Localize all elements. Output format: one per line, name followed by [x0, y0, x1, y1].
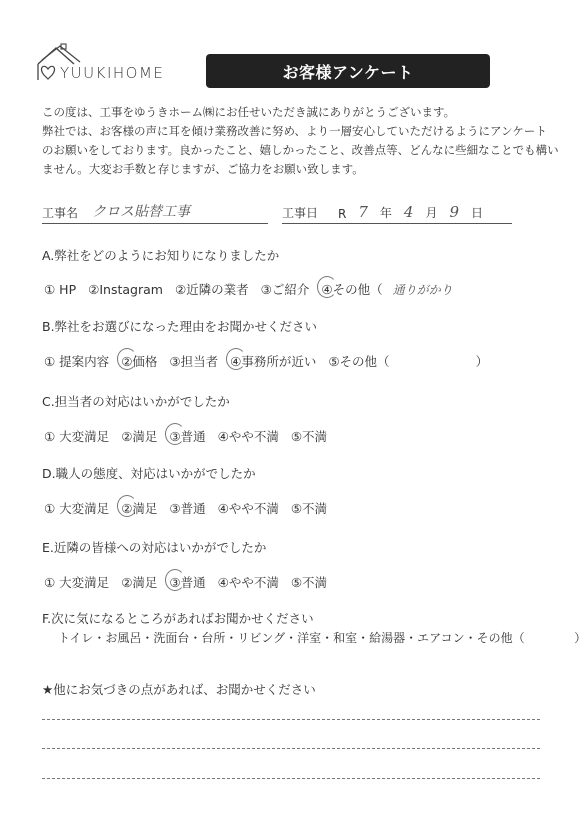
option-e-5[interactable]: ⑤不満 [291, 573, 327, 591]
intro-paragraph: この度は、工事をゆうきホーム㈱にお任せいただき誠にありがとうございます。 弊社で… [42, 103, 552, 179]
option-b-4-selected[interactable]: ④事務所が近い [230, 352, 316, 370]
logo-text: YUUKIHOME [60, 64, 164, 82]
option-e-2[interactable]: ②満足 [121, 573, 157, 591]
question-a-options: ① HP ②Instagram ②近隣の業者 ③ご紹介 ④その他（ 通りがかり [44, 280, 453, 298]
question-f-items-text[interactable]: トイレ・お風呂・洗面台・台所・リビング・洋室・和室・給湯器・エアコン・その他（ [58, 631, 525, 645]
question-f-items-close: ） [574, 631, 581, 645]
era-label: R [338, 207, 346, 221]
year-value: 7 [358, 203, 368, 221]
comments-prompt: ★他にお気づきの点があれば、お聞かせください [42, 680, 316, 698]
option-d-4[interactable]: ④やや不満 [218, 499, 279, 517]
option-c-4[interactable]: ④やや不満 [218, 427, 279, 445]
option-b-5[interactable]: ⑤その他（ [328, 352, 389, 370]
intro-line: この度は、工事をゆうきホーム㈱にお任せいただき誠にありがとうございます。 [42, 103, 552, 122]
option-a-4[interactable]: ③ご紹介 [261, 280, 310, 298]
option-e-4[interactable]: ④やや不満 [218, 573, 279, 591]
question-b-options: ① 提案内容 ②価格 ③担当者 ④事務所が近い ⑤その他（ ） [44, 352, 488, 370]
work-name-field[interactable]: 工事名 クロス貼替工事 [42, 202, 268, 224]
option-b-3[interactable]: ③担当者 [169, 352, 218, 370]
option-d-2-selected[interactable]: ②満足 [121, 499, 157, 517]
year-label: 年 [380, 204, 392, 221]
option-d-1[interactable]: ① 大変満足 [44, 499, 109, 517]
option-a-other-text[interactable]: 通りがかり [393, 281, 453, 298]
question-a-title: A.弊社をどのようにお知りになりましたか [42, 246, 279, 264]
comment-line-3[interactable] [42, 778, 540, 779]
question-c-title: C.担当者の対応はいかがでしたか [42, 392, 230, 410]
option-b-other-close: ） [476, 352, 489, 370]
question-d-options: ① 大変満足 ②満足 ③普通 ④やや不満 ⑤不満 [44, 499, 327, 517]
question-e-title: E.近隣の皆様への対応はいかがでしたか [42, 538, 266, 556]
intro-line: ません。大変お手数と存じますが、ご協力をお願い致します。 [42, 160, 552, 179]
option-a-1[interactable]: ① HP [44, 282, 76, 297]
question-c-options: ① 大変満足 ②満足 ③普通 ④やや不満 ⑤不満 [44, 427, 327, 445]
intro-line: のお願いをしております。良かったこと、嬉しかったこと、改善点等、どんなに些細なこ… [42, 141, 552, 160]
option-c-2[interactable]: ②満足 [121, 427, 157, 445]
option-b-1[interactable]: ① 提案内容 [44, 352, 109, 370]
day-value: 9 [449, 203, 459, 221]
option-e-3-selected[interactable]: ③普通 [169, 573, 205, 591]
work-date-label: 工事日 [282, 204, 318, 221]
company-logo: YUUKIHOME [34, 42, 184, 88]
day-label: 日 [471, 204, 483, 221]
option-a-5-selected[interactable]: ④その他（ [321, 280, 382, 298]
comment-line-2[interactable] [42, 748, 540, 749]
option-a-3[interactable]: ②近隣の業者 [175, 280, 249, 298]
option-b-2-selected[interactable]: ②価格 [121, 352, 157, 370]
month-label: 月 [425, 204, 437, 221]
question-f-items: トイレ・お風呂・洗面台・台所・リビング・洋室・和室・給湯器・エアコン・その他（ … [58, 629, 581, 646]
question-e-options: ① 大変満足 ②満足 ③普通 ④やや不満 ⑤不満 [44, 573, 327, 591]
work-date-field[interactable]: 工事日 R 7 年 4 月 9 日 [282, 202, 512, 224]
option-c-1[interactable]: ① 大変満足 [44, 427, 109, 445]
survey-title: お客様アンケート [282, 60, 413, 83]
question-b-title: B.弊社をお選びになった理由をお聞かせください [42, 317, 317, 335]
survey-title-banner: お客様アンケート [206, 54, 490, 88]
option-c-3-selected[interactable]: ③普通 [169, 427, 205, 445]
option-d-3[interactable]: ③普通 [169, 499, 205, 517]
comment-line-1[interactable] [42, 719, 540, 720]
work-name-label: 工事名 [42, 204, 78, 221]
option-c-5[interactable]: ⑤不満 [291, 427, 327, 445]
option-e-1[interactable]: ① 大変満足 [44, 573, 109, 591]
intro-line: 弊社では、お客様の声に耳を傾け業務改善に努め、より一層安心していただけるようにア… [42, 122, 552, 141]
question-d-title: D.職人の態度、対応はいかがでしたか [42, 464, 256, 482]
option-d-5[interactable]: ⑤不満 [291, 499, 327, 517]
question-f-title: F.次に気になるところがあればお聞かせください [42, 609, 314, 627]
month-value: 4 [404, 203, 414, 221]
option-a-2[interactable]: ②Instagram [88, 282, 163, 297]
work-name-value: クロス貼替工事 [92, 201, 190, 221]
